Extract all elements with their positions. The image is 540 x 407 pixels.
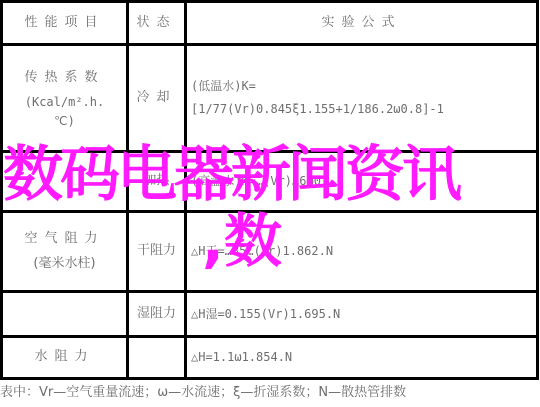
header-item-label: 性能项目	[24, 11, 104, 36]
table-border-right	[536, 0, 539, 380]
row3-state: 干阻力	[129, 213, 184, 290]
row5-item: 水阻力	[3, 338, 126, 377]
row1-state-label: 冷却	[136, 86, 176, 111]
row1-state: 冷却	[129, 46, 184, 150]
watermark-title: 数码电器新闻资讯	[3, 145, 459, 205]
row4-formula-line1: △H湿=0.155(Vr)1.695.N	[191, 303, 340, 326]
row3-item-line1: 空气阻力	[24, 227, 104, 252]
row4-state-label: 湿阻力	[137, 302, 176, 327]
row1-item: 传热系数 (Kcal/m².h. ℃)	[3, 46, 126, 150]
table-footnote: 表中：Vr—空气重量流速；ω—水流速；ξ—折湿系数；N—散热管排数	[0, 381, 406, 400]
row1-formula-line1: (低温水)K=	[191, 75, 256, 98]
watermark-subtitle: ,数	[202, 212, 282, 270]
row3-item-line2: (毫米水柱)	[33, 252, 95, 277]
header-item: 性能项目	[3, 3, 126, 43]
row1-item-line1: 传热系数	[24, 66, 104, 91]
header-state-label: 状态	[136, 11, 176, 36]
row1-formula-line2: [1/77(Vr)0.845ξ1.155+1/186.2ω0.8]-1	[191, 98, 444, 121]
row1-item-line2: (Kcal/m².h.	[25, 91, 104, 114]
row4-state: 湿阻力	[129, 293, 184, 335]
row4-formula: △H湿=0.155(Vr)1.695.N	[187, 293, 536, 335]
row1-formula: (低温水)K= [1/77(Vr)0.845ξ1.155+1/186.2ω0.8…	[187, 46, 536, 150]
table-border-bottom	[0, 377, 539, 380]
header-formula-label: 实验公式	[321, 11, 401, 36]
row3-state-label: 干阻力	[137, 239, 176, 264]
row5-formula: △H=1.1ω1.854.N	[187, 338, 536, 377]
header-state: 状态	[129, 3, 184, 43]
row5-item-line1: 水阻力	[34, 345, 94, 370]
row3-item: 空气阻力 (毫米水柱)	[3, 213, 126, 290]
row5-state	[129, 338, 184, 377]
header-formula: 实验公式	[187, 3, 536, 43]
row1-item-line3: ℃)	[54, 114, 75, 130]
row5-formula-line1: △H=1.1ω1.854.N	[191, 346, 292, 369]
